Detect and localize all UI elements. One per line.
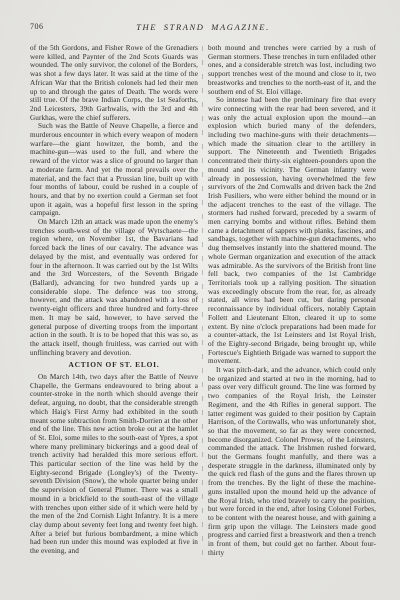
paragraph: So intense had been the preliminary fire… xyxy=(208,96,376,366)
magazine-page: 706 THE STRAND MAGAZINE. of the 5th Gord… xyxy=(0,0,400,600)
section-heading: ACTION OF ST. ELOI. xyxy=(30,361,198,370)
paragraph: Such was the Battle of Neuve Chapelle, a… xyxy=(30,122,198,218)
page-header: 706 THE STRAND MAGAZINE. xyxy=(30,22,376,36)
running-title: THE STRAND MAGAZINE. xyxy=(30,22,376,32)
paragraph: both mound and trenches were carried by … xyxy=(208,44,376,96)
paragraph: It was pitch-dark, and the advance, whic… xyxy=(208,366,376,557)
paragraph: On March 14th, two days after the Battle… xyxy=(30,373,198,556)
paragraph: On March 12th an attack was made upon th… xyxy=(30,218,198,357)
right-column: both mound and trenches were carried by … xyxy=(208,44,376,557)
left-column: of the 5th Gordons, and Fisher Rowe of t… xyxy=(30,44,198,557)
paragraph: of the 5th Gordons, and Fisher Rowe of t… xyxy=(30,44,198,122)
text-columns: of the 5th Gordons, and Fisher Rowe of t… xyxy=(30,44,376,557)
